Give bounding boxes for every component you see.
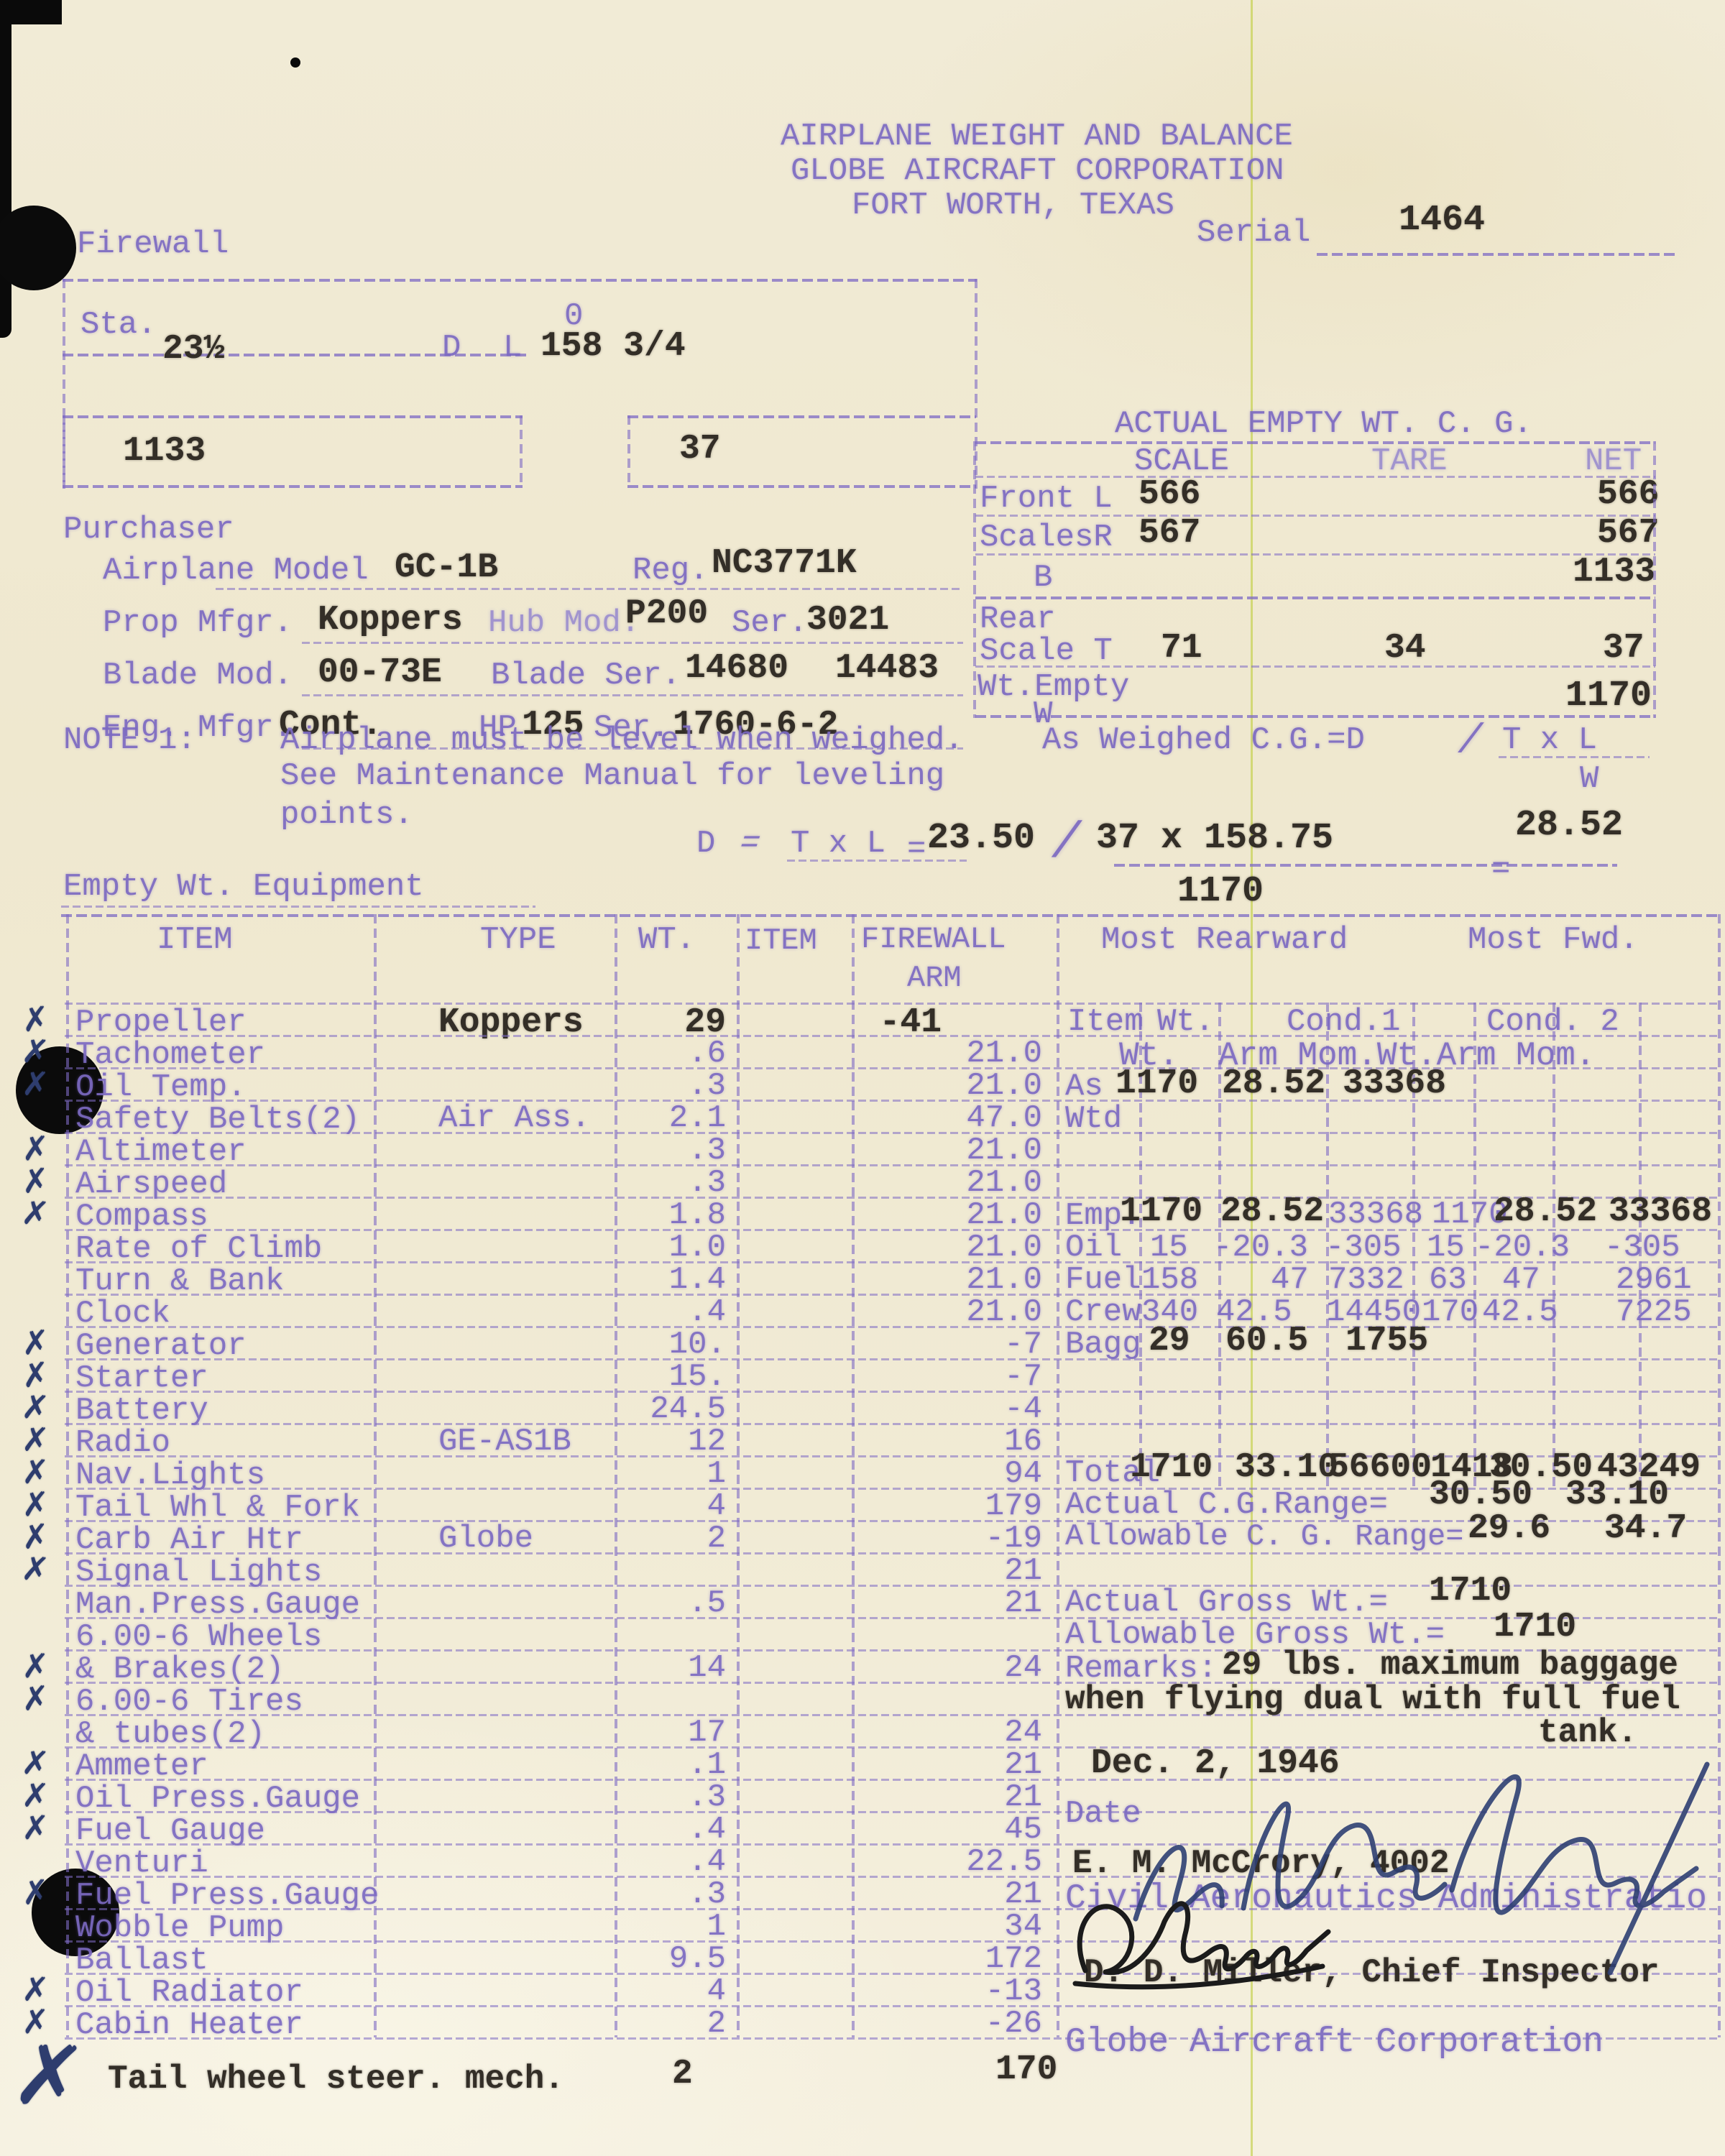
equipment-arm: -7 bbox=[862, 1361, 1042, 1393]
formula-underline-lhs bbox=[787, 860, 967, 862]
note-line3: points. bbox=[280, 799, 413, 831]
cg-line bbox=[975, 476, 1655, 478]
equipment-arm: 47.0 bbox=[862, 1102, 1042, 1134]
equipment-wt: 4 bbox=[611, 1491, 726, 1522]
table-top-line bbox=[61, 914, 1718, 917]
equipment-arm: 22.5 bbox=[862, 1846, 1042, 1878]
loading-0: 1170 bbox=[1120, 1194, 1202, 1229]
loading-as_arm: 28.52 bbox=[1222, 1067, 1325, 1101]
equipment-item: 6.00-6 Wheels bbox=[75, 1621, 322, 1653]
loading-actual_gross: 1710 bbox=[1429, 1574, 1512, 1608]
loading-as_mom: 33368 bbox=[1343, 1067, 1446, 1101]
equipment-item: Airspeed bbox=[75, 1169, 227, 1200]
equipment-arm: 21.0 bbox=[862, 1199, 1042, 1231]
equipment-arm: 16 bbox=[862, 1426, 1042, 1457]
equipment-wt: 12 bbox=[611, 1426, 726, 1457]
equipment-wt: 1 bbox=[611, 1458, 726, 1490]
equipment-wt: .3 bbox=[611, 1167, 726, 1199]
equipment-arm: 21.0 bbox=[862, 1232, 1042, 1263]
loading-2: 56600 bbox=[1328, 1450, 1432, 1485]
note-frac-line bbox=[1499, 756, 1650, 758]
equipment-wt: 24.5 bbox=[611, 1393, 726, 1425]
cg-empty-net: 1170 bbox=[1565, 678, 1652, 714]
equipment-wt: 15. bbox=[611, 1361, 726, 1393]
loading-cond_wt: Wt. bbox=[1157, 1006, 1214, 1038]
loading-actual_cg_2: 33.10 bbox=[1565, 1478, 1669, 1512]
serial-value: 1464 bbox=[1399, 203, 1485, 239]
loading-allowable_cg_1: 29.6 bbox=[1468, 1511, 1550, 1546]
col-most-rearward: Most Rearward bbox=[1101, 924, 1348, 956]
station-top-line bbox=[63, 279, 977, 282]
hub-value: P200 bbox=[625, 596, 708, 631]
check-x-mark: ✗ bbox=[22, 1808, 50, 1847]
cg-line bbox=[975, 441, 1655, 444]
grid-row-line bbox=[65, 2005, 1718, 2007]
note-line2: See Maintenance Manual for leveling bbox=[280, 760, 944, 792]
loading-cond_2: Cond. 2 bbox=[1486, 1006, 1619, 1038]
doc-title-line2: GLOBE AIRCRAFT CORPORATION bbox=[791, 155, 1284, 187]
loading-4: 42.5 bbox=[1482, 1296, 1558, 1328]
purchaser-label: Purchaser bbox=[63, 514, 234, 545]
equipment-item: Tail Whl & Fork bbox=[75, 1492, 360, 1524]
front-net-weight: 1133 bbox=[123, 434, 206, 469]
cg-line bbox=[975, 665, 1655, 668]
equipment-item: Radio bbox=[75, 1427, 170, 1459]
check-x-mark: ✗ bbox=[21, 1064, 50, 1103]
loading-4: 47 bbox=[1502, 1264, 1540, 1296]
col-wt: WT. bbox=[638, 924, 695, 956]
loading-0: 158 bbox=[1141, 1264, 1198, 1296]
cg-col-net: NET bbox=[1585, 446, 1642, 477]
loading-crew_label: Crew bbox=[1065, 1296, 1141, 1328]
equipment-arm: 94 bbox=[862, 1458, 1042, 1490]
loading-3: 170 bbox=[1422, 1296, 1478, 1328]
loading-oil_label: Oil bbox=[1065, 1232, 1122, 1263]
purchaser-line bbox=[302, 694, 963, 696]
equipment-item: 6.00-6 Tires bbox=[75, 1686, 303, 1718]
cg-empty-label: Wt.Empty bbox=[977, 671, 1129, 703]
equipment-wt: .5 bbox=[611, 1588, 726, 1619]
rear-box-top bbox=[627, 415, 976, 418]
front-box-right bbox=[520, 415, 523, 487]
equipment-arm: 24 bbox=[862, 1717, 1042, 1749]
equipment-item: Fuel Gauge bbox=[75, 1815, 265, 1847]
col-type: TYPE bbox=[480, 924, 556, 956]
grid-row-line bbox=[65, 1100, 1718, 1102]
equipment-item: Rate of Climb bbox=[75, 1233, 322, 1265]
equipment-item: Oil Radiator bbox=[75, 1977, 303, 2009]
equipment-arm: -26 bbox=[862, 2008, 1042, 2040]
equipment-arm: 21 bbox=[862, 1782, 1042, 1813]
empty-cg-title: ACTUAL EMPTY WT. C. G. bbox=[1115, 408, 1532, 440]
loading-4: -20.3 bbox=[1475, 1232, 1570, 1263]
check-x-mark: ✗ bbox=[21, 1678, 50, 1718]
equipment-item: Propeller bbox=[75, 1007, 247, 1038]
equipment-item: Wobble Pump bbox=[75, 1912, 284, 1944]
prop-label: Prop Mfgr. bbox=[103, 607, 293, 639]
formula-eq2: = bbox=[907, 834, 926, 865]
note-frac-bottom: W bbox=[1580, 763, 1598, 795]
loading-cond_1: Cond.1 bbox=[1287, 1006, 1400, 1038]
serial-underline bbox=[1317, 253, 1676, 256]
note-line1: Airplane must be level when weighed. bbox=[280, 724, 964, 756]
equipment-wt: 1.0 bbox=[611, 1232, 726, 1263]
equipment-arm: 21.0 bbox=[862, 1264, 1042, 1296]
equipment-wt: 2 bbox=[611, 2008, 726, 2040]
loading-0: 15 bbox=[1150, 1232, 1188, 1263]
equipment-arm: 179 bbox=[862, 1491, 1042, 1522]
loading-3: 63 bbox=[1429, 1264, 1467, 1296]
loading-cond_item: Item bbox=[1067, 1006, 1144, 1038]
rear-box-left bbox=[627, 415, 630, 487]
equipment-wt: 4 bbox=[611, 1976, 726, 2007]
equipment-item: Signal Lights bbox=[75, 1557, 322, 1588]
cg-box-left bbox=[973, 441, 976, 718]
equipment-item: Ballast bbox=[75, 1945, 208, 1976]
equipment-arm: 21.0 bbox=[862, 1135, 1042, 1166]
equipment-type: Air Ass. bbox=[438, 1102, 590, 1134]
loading-4: 28.52 bbox=[1494, 1194, 1597, 1229]
cg-b-label: B bbox=[1034, 562, 1052, 594]
loading-remarks1: 29 lbs. maximum baggage bbox=[1222, 1649, 1678, 1682]
formula-eq: = bbox=[735, 828, 765, 860]
grid-row-line bbox=[65, 1003, 1718, 1005]
formula-v1: 23.50 bbox=[927, 821, 1035, 857]
blade-ser2-value: 14483 bbox=[835, 651, 939, 686]
hub-ser-value: 3021 bbox=[806, 603, 889, 637]
prop-value: Koppers bbox=[318, 603, 463, 637]
cg-rear-label: Rear bbox=[980, 604, 1056, 635]
equipment-wt: 1.8 bbox=[611, 1199, 726, 1231]
equipment-type: Globe bbox=[438, 1523, 533, 1554]
cg-line bbox=[975, 553, 1655, 556]
grid-row-line bbox=[65, 1423, 1718, 1425]
loading-5: 2961 bbox=[1616, 1264, 1692, 1296]
cg-front-net: 566 bbox=[1597, 477, 1659, 512]
check-x-mark: ✗ bbox=[20, 1872, 50, 1913]
equipment-item: Ammeter bbox=[75, 1751, 208, 1782]
equipment-wt: .3 bbox=[611, 1135, 726, 1166]
front-box-top bbox=[63, 415, 523, 418]
weight-balance-form: AIRPLANE WEIGHT AND BALANCE GLOBE AIRCRA… bbox=[0, 0, 1725, 2156]
loading-1: 47 bbox=[1271, 1264, 1309, 1296]
col-item2: ITEM bbox=[745, 926, 817, 956]
equipment-wt: 9.5 bbox=[611, 1943, 726, 1975]
equipment-arm: 21.0 bbox=[862, 1296, 1042, 1328]
loading-2: 33368 bbox=[1328, 1199, 1423, 1230]
cg-rear-scale: 71 bbox=[1161, 631, 1202, 665]
equipment-arm: 172 bbox=[862, 1943, 1042, 1975]
hub-ser-label: Ser. bbox=[732, 607, 808, 639]
equipment-item: Starter bbox=[75, 1363, 208, 1394]
equipment-arm: 45 bbox=[862, 1814, 1042, 1846]
loading-0: 29 bbox=[1149, 1324, 1190, 1358]
blade-ser-value: 14680 bbox=[685, 651, 788, 686]
equipment-item: Carb Air Htr bbox=[75, 1524, 303, 1556]
rear-box-bottom bbox=[627, 485, 976, 488]
formula-fraction-line bbox=[1114, 864, 1617, 867]
formula-eq3: = bbox=[1491, 854, 1510, 885]
loading-2: -305 bbox=[1325, 1232, 1402, 1263]
equipment-arm: -4 bbox=[862, 1393, 1042, 1425]
cg-rear-net: 37 bbox=[1603, 631, 1644, 665]
equipment-wt: .3 bbox=[611, 1879, 726, 1910]
equipment-arm: -7 bbox=[862, 1329, 1042, 1360]
loading-2: 7332 bbox=[1328, 1264, 1404, 1296]
punch-hole bbox=[0, 206, 76, 290]
formula-v2: 37 x 158.75 bbox=[1096, 821, 1333, 857]
serial-label: Serial bbox=[1197, 217, 1310, 249]
grid-row-line bbox=[65, 1617, 1718, 1619]
grid-column-line bbox=[374, 914, 377, 2037]
loading-0: 1710 bbox=[1130, 1450, 1213, 1485]
reg-label: Reg. bbox=[632, 555, 709, 586]
note-frac-top: T x L bbox=[1502, 724, 1597, 756]
station-length-value: 158 3/4 bbox=[540, 329, 686, 364]
hub-label: Hub Mod. bbox=[488, 607, 640, 639]
equipment-wt: .4 bbox=[611, 1814, 726, 1846]
grid-column-line bbox=[852, 914, 855, 2037]
equipment-item: Venturi bbox=[75, 1848, 208, 1879]
loading-1: 60.5 bbox=[1225, 1324, 1308, 1358]
loading-1: 28.52 bbox=[1220, 1194, 1324, 1229]
equipment-wt: .4 bbox=[611, 1846, 726, 1878]
grid-row-line bbox=[65, 1391, 1718, 1393]
rear-net-weight: 37 bbox=[679, 432, 721, 466]
cg-b-net: 1133 bbox=[1573, 555, 1655, 589]
cg-scales-label: ScalesR bbox=[980, 522, 1113, 553]
loading-5: 33368 bbox=[1609, 1194, 1712, 1229]
equipment-arm: 21 bbox=[862, 1555, 1042, 1587]
equipment-type: GE-AS1B bbox=[438, 1426, 571, 1457]
note-label: NOTE 1: bbox=[63, 724, 196, 756]
equipment-arm: 21.0 bbox=[862, 1070, 1042, 1102]
loading-1: -20.3 bbox=[1213, 1232, 1308, 1263]
col-most-fwd: Most Fwd. bbox=[1468, 924, 1639, 956]
equipment-section-title: Empty Wt. Equipment bbox=[63, 871, 424, 903]
equipment-arm: 21 bbox=[862, 1749, 1042, 1781]
formula-txl: T x L bbox=[791, 828, 885, 860]
loading-5: -305 bbox=[1604, 1232, 1680, 1263]
equipment-wt: 1 bbox=[611, 1911, 726, 1943]
cg-rear2-label: Scale T bbox=[980, 635, 1113, 667]
col-firewall: FIREWALL bbox=[861, 924, 1006, 954]
equipment-item: Oil Press.Gauge bbox=[75, 1783, 360, 1815]
equipment-wt: 10. bbox=[611, 1329, 726, 1360]
equipment-arm: 34 bbox=[862, 1911, 1042, 1943]
equipment-item: Turn & Bank bbox=[75, 1266, 284, 1297]
purchaser-line bbox=[302, 642, 963, 644]
model-label: Airplane Model bbox=[103, 555, 369, 586]
cg-scales-net: 567 bbox=[1597, 516, 1659, 550]
equipment-item: Nav.Lights bbox=[75, 1460, 265, 1491]
cg-box-right bbox=[1653, 441, 1656, 718]
formula-denominator: 1170 bbox=[1177, 874, 1264, 910]
inspector-signature-miller bbox=[1064, 1877, 1409, 1999]
cg-col-tare: TARE bbox=[1371, 446, 1448, 477]
check-x-mark-large: ✗ bbox=[8, 2023, 91, 2130]
front-box-bottom bbox=[63, 485, 523, 488]
check-x-mark: ✗ bbox=[20, 1548, 51, 1589]
equipment-arm: 21.0 bbox=[862, 1038, 1042, 1069]
equipment-item: Cabin Heater bbox=[75, 2009, 303, 2041]
grid-row-line bbox=[65, 1358, 1718, 1360]
doc-title-line1: AIRPLANE WEIGHT AND BALANCE bbox=[781, 121, 1293, 152]
loading-company: Globe Aircraft Corporation bbox=[1065, 2025, 1604, 2060]
equipment-item: Tachometer bbox=[75, 1039, 265, 1071]
loading-2: 1755 bbox=[1345, 1324, 1428, 1358]
equipment-item: Oil Temp. bbox=[75, 1072, 247, 1103]
loading-1: 33.10 bbox=[1235, 1450, 1338, 1485]
equipment-item: Man.Press.Gauge bbox=[75, 1589, 360, 1621]
equipment-wt: 2.1 bbox=[611, 1102, 726, 1134]
cg-rear-tare: 34 bbox=[1384, 631, 1426, 665]
equipment-item: Altimeter bbox=[75, 1136, 247, 1168]
sta-label: Sta. bbox=[80, 309, 157, 341]
grid-column-line bbox=[66, 914, 69, 2037]
equipment-item: & Brakes(2) bbox=[75, 1654, 284, 1685]
equipment-arm: 21 bbox=[862, 1588, 1042, 1619]
loading-as_1: As bbox=[1065, 1071, 1103, 1102]
equipment-wt: .3 bbox=[611, 1070, 726, 1102]
cg-line bbox=[975, 715, 1655, 718]
loading-remarks2: when flying dual with full fuel bbox=[1065, 1683, 1680, 1716]
loading-actual_cg_label: Actual C.G.Range= bbox=[1065, 1489, 1388, 1521]
loading-allowable_cg_2: 34.7 bbox=[1604, 1511, 1687, 1546]
equipment-item: Compass bbox=[75, 1201, 208, 1233]
loading-actual_gross_label: Actual Gross Wt.= bbox=[1065, 1587, 1388, 1618]
loading-actual_cg_1: 30.50 bbox=[1429, 1478, 1532, 1512]
equipment-item: Battery bbox=[75, 1395, 208, 1427]
scan-edge-artifact bbox=[0, 0, 11, 338]
loading-remarks_label: Remarks: bbox=[1065, 1653, 1217, 1685]
loading-as_wt: 1170 bbox=[1115, 1067, 1198, 1101]
check-x-mark: ✗ bbox=[20, 1192, 51, 1233]
col-item: ITEM bbox=[157, 924, 233, 956]
grid-column-line bbox=[1057, 914, 1059, 2037]
equipment-arm: -13 bbox=[862, 1976, 1042, 2007]
equipment-item: & tubes(2) bbox=[75, 1718, 265, 1750]
equipment-item: Safety Belts(2) bbox=[75, 1104, 360, 1135]
cg-line bbox=[975, 596, 1655, 599]
formula-slash: / bbox=[1046, 819, 1085, 870]
equipment-wt: 1.4 bbox=[611, 1264, 726, 1296]
grid-column-line bbox=[737, 914, 740, 2037]
tail-row-arm: 170 bbox=[995, 2053, 1057, 2087]
formula-d: D bbox=[696, 828, 715, 860]
reg-value: NC3771K bbox=[712, 546, 857, 581]
cg-col-scale: SCALE bbox=[1134, 446, 1229, 477]
purchaser-line bbox=[216, 588, 963, 590]
equipment-item: Generator bbox=[75, 1330, 247, 1362]
note-slash: / bbox=[1453, 721, 1486, 762]
loading-bagg_label: Bagg bbox=[1065, 1329, 1141, 1360]
loading-3: 15 bbox=[1427, 1232, 1465, 1263]
tail-row-wt: 2 bbox=[672, 2057, 693, 2091]
model-value: GC-1B bbox=[395, 550, 498, 585]
equipment-title-underline bbox=[61, 906, 535, 908]
cg-front-scale: 566 bbox=[1138, 477, 1200, 512]
equipment-wt: .6 bbox=[611, 1038, 726, 1069]
note-as-weighed: As Weighed C.G.=D bbox=[1042, 724, 1365, 756]
station-d-label: D bbox=[442, 332, 461, 364]
doc-title-line3: FORT WORTH, TEXAS bbox=[852, 190, 1174, 221]
loading-fuel_label: Fuel bbox=[1065, 1264, 1141, 1296]
equipment-item: Clock bbox=[75, 1298, 170, 1330]
ink-dot-artifact bbox=[290, 57, 300, 68]
equipment-wt: 2 bbox=[611, 1523, 726, 1554]
loading-allowable_cg_label: Allowable C. G. Range= bbox=[1065, 1521, 1464, 1552]
loading-allowable_gross: 1710 bbox=[1494, 1610, 1576, 1644]
equipment-arm: 21.0 bbox=[862, 1167, 1042, 1199]
station-d-value: 23½ bbox=[162, 332, 224, 367]
cg-front-label: Front L bbox=[980, 483, 1113, 515]
col-arm: ARM bbox=[907, 963, 962, 993]
equipment-wt: 14 bbox=[611, 1652, 726, 1684]
equipment-wt: 17 bbox=[611, 1717, 726, 1749]
firewall-label: Firewall bbox=[77, 229, 229, 260]
equipment-arm: 21 bbox=[862, 1879, 1042, 1910]
blade-label: Blade Mod. bbox=[103, 660, 293, 691]
tail-row-item: Tail wheel steer. mech. bbox=[108, 2063, 564, 2096]
blade-value: 00-73E bbox=[318, 655, 442, 690]
grid-row-line bbox=[65, 1552, 1718, 1554]
grid-row-line bbox=[65, 1261, 1718, 1263]
loading-as_2: Wtd bbox=[1065, 1103, 1122, 1135]
grid-column-line bbox=[615, 914, 617, 2037]
equipment-arm: -19 bbox=[862, 1523, 1042, 1554]
station-l-label: L bbox=[503, 332, 522, 364]
equipment-wt: .4 bbox=[611, 1296, 726, 1328]
equipment-wt: .3 bbox=[611, 1782, 726, 1813]
cg-line bbox=[975, 515, 1655, 517]
grid-row-line bbox=[65, 1132, 1718, 1134]
equipment-arm: 24 bbox=[862, 1652, 1042, 1684]
equipment-wt: .1 bbox=[611, 1749, 726, 1781]
equipment-item: Fuel Press.Gauge bbox=[75, 1880, 379, 1912]
loading-5: 7225 bbox=[1616, 1296, 1692, 1328]
blade-ser-label: Blade Ser. bbox=[491, 660, 681, 691]
formula-result: 28.52 bbox=[1515, 808, 1623, 844]
grid-row-line bbox=[65, 1164, 1718, 1166]
cg-scales-scale: 567 bbox=[1138, 516, 1200, 550]
front-box-left bbox=[63, 415, 65, 487]
